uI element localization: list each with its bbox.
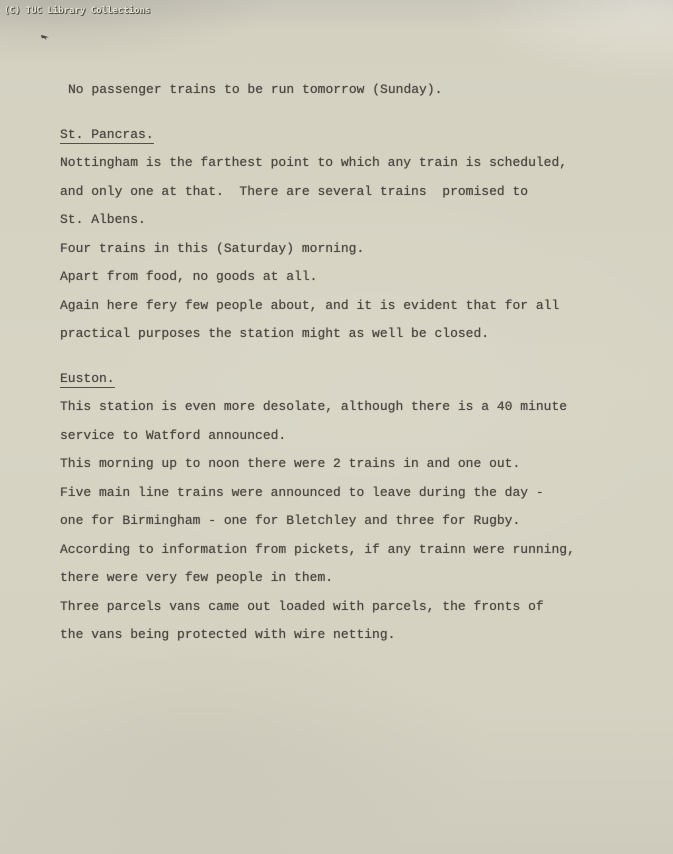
document-line: Three parcels vans came out loaded with … [60,593,643,622]
line-gap [60,349,643,365]
document-line: and only one at that. There are several … [60,178,643,207]
line-text: No passenger trains to be run tomorrow (… [68,82,442,97]
line-text: St. Albens. [60,212,146,227]
section-heading: Euston. [60,365,643,394]
line-text: the vans being protected with wire netti… [60,627,395,642]
line-text: and only one at that. There are several … [60,184,528,199]
document-line: practical purposes the station might as … [60,320,643,349]
document-line: the vans being protected with wire netti… [60,621,643,650]
line-text: Apart from food, no goods at all. [60,269,317,284]
line-text: Three parcels vans came out loaded with … [60,599,544,614]
document-line: This morning up to noon there were 2 tra… [60,450,643,479]
document-line: service to Watford announced. [60,422,643,451]
line-text: Nottingham is the farthest point to whic… [60,155,567,170]
library-watermark: (C) TUC Library Collections [4,6,150,16]
document-line: This station is even more desolate, alth… [60,393,643,422]
line-text: service to Watford announced. [60,428,286,443]
line-text: Euston. [60,371,115,388]
line-text: there were very few people in them. [60,570,333,585]
line-text: Five main line trains were announced to … [60,485,544,500]
line-gap [60,105,643,121]
document-line: Nottingham is the farthest point to whic… [60,149,643,178]
line-text: Four trains in this (Saturday) morning. [60,241,364,256]
scanned-document-page: { "watermark": "(C) TUC Library Collecti… [0,0,673,854]
document-line: one for Birmingham - one for Bletchley a… [60,507,643,536]
ink-speck [41,34,49,40]
document-line: According to information from pickets, i… [60,536,643,565]
document-line: No passenger trains to be run tomorrow (… [68,76,643,105]
document-line: Five main line trains were announced to … [60,479,643,508]
line-text: This morning up to noon there were 2 tra… [60,456,520,471]
document-line: St. Albens. [60,206,643,235]
line-text: This station is even more desolate, alth… [60,399,567,414]
line-text: one for Birmingham - one for Bletchley a… [60,513,520,528]
document-line: Apart from food, no goods at all. [60,263,643,292]
document-line: Again here fery few people about, and it… [60,292,643,321]
document-line: Four trains in this (Saturday) morning. [60,235,643,264]
line-text: practical purposes the station might as … [60,326,489,341]
section-heading: St. Pancras. [60,121,643,150]
document-lines: No passenger trains to be run tomorrow (… [60,76,643,650]
line-text: St. Pancras. [60,127,154,144]
document-line: there were very few people in them. [60,564,643,593]
line-text: Again here fery few people about, and it… [60,298,559,313]
line-text: According to information from pickets, i… [60,542,575,557]
